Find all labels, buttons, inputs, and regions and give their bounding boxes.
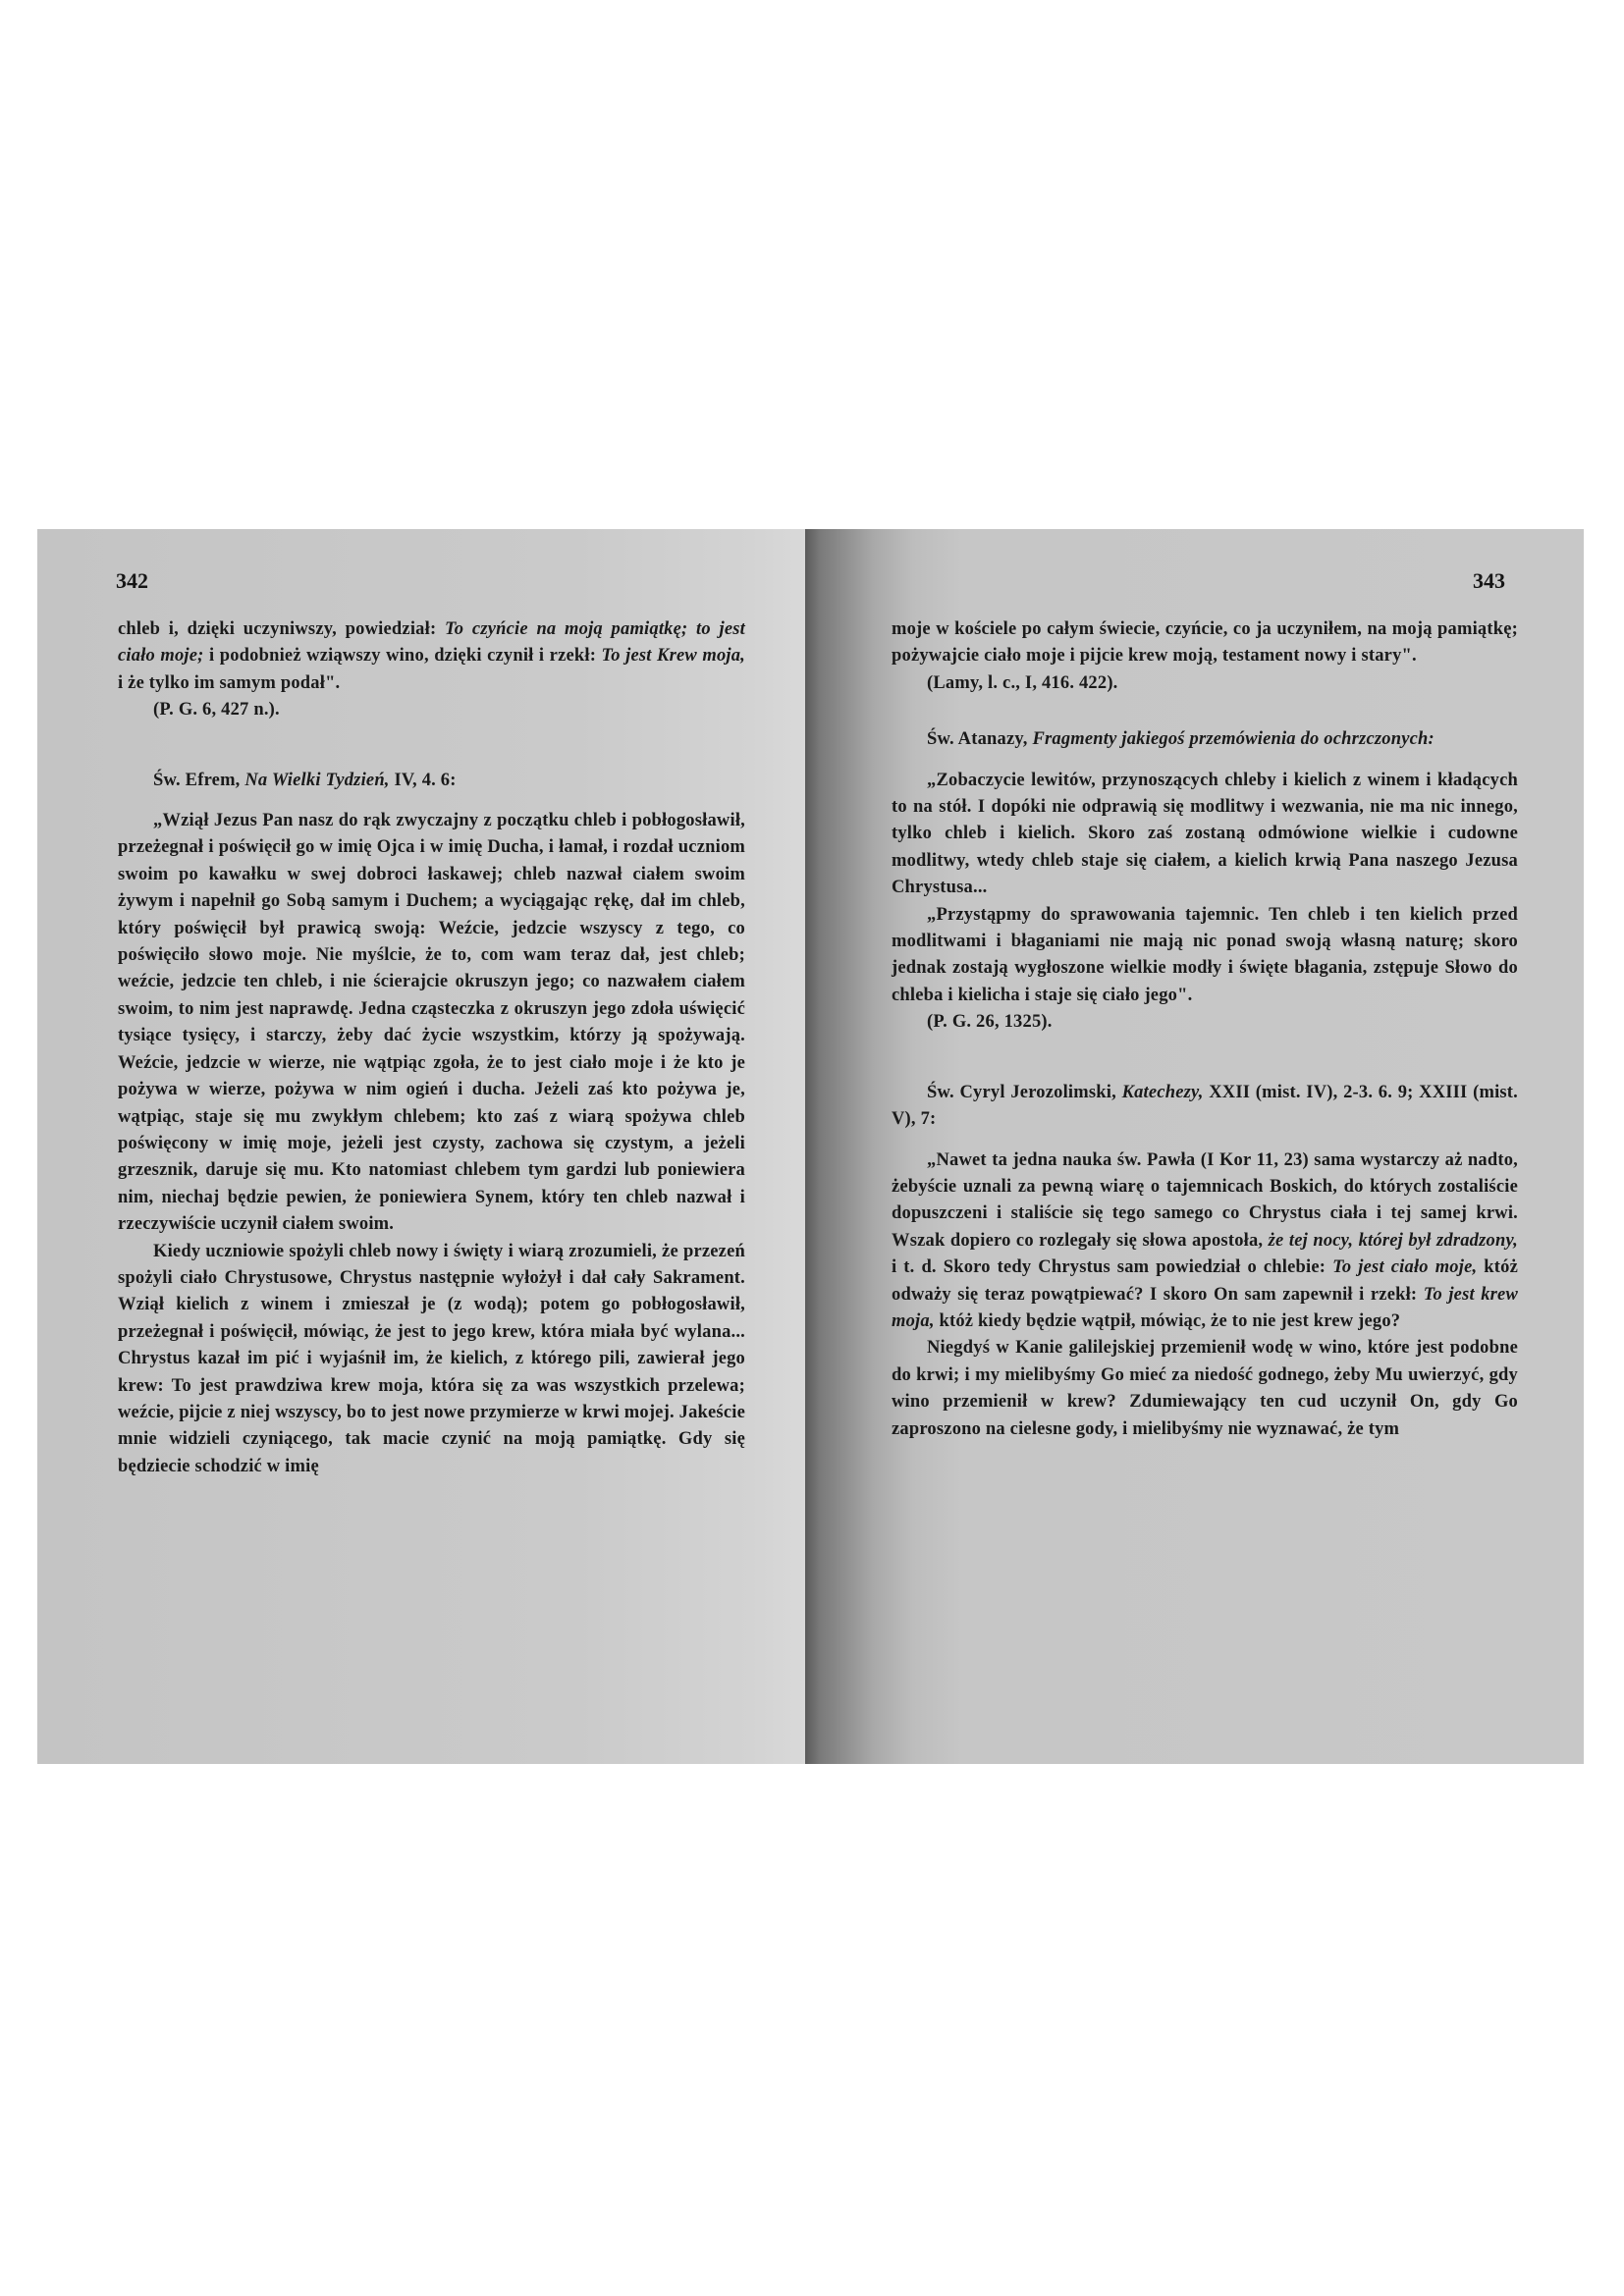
section-gap [118,794,745,808]
paragraph: (Lamy, l. c., I, 416. 422). [892,670,1518,697]
italic-text: Fragmenty jakiegoś przemówienia do ochrz… [1032,729,1434,749]
section-gap [118,724,745,768]
section-gap [892,754,1518,768]
text-run: (Lamy, l. c., I, 416. 422). [927,673,1118,693]
text-run: „Wziął Jezus Pan nasz do rąk zwyczajny z… [118,811,745,1234]
paragraph: „Nawet ta jedna nauka św. Pawła (I Kor 1… [892,1148,1518,1336]
section-gap [892,1037,1518,1080]
text-run: któż kiedy będzie wątpił, mówiąc, że to … [935,1311,1401,1331]
left-page-body: chleb i, dzięki uczyniwszy, powiedział: … [118,616,745,1480]
italic-text: To jest Krew moja, [602,646,746,666]
italic-text: Na Wielki Tydzień, [244,771,389,790]
text-run: (P. G. 26, 1325). [927,1012,1053,1032]
right-page-body: moje w kościele po całym świecie, czyńci… [892,616,1518,1443]
text-run: Św. Atanazy, [927,729,1032,749]
text-run: i podobnież wziąwszy wino, dzięki czynił… [204,646,602,666]
paragraph: (P. G. 26, 1325). [892,1009,1518,1036]
text-run: Św. Cyryl Jerozolimski, [927,1083,1122,1102]
text-run: „Zobaczycie lewitów, przynoszących chleb… [892,771,1518,898]
section-gap [892,697,1518,726]
book-scan: 342 chleb i, dzięki uczyniwszy, powiedzi… [37,529,1584,1764]
text-run: chleb i, dzięki uczyniwszy, powiedział: [118,619,445,639]
text-run: Niegdyś w Kanie galilejskiej przemienił … [892,1338,1518,1438]
paragraph: chleb i, dzięki uczyniwszy, powiedział: … [118,616,745,697]
paragraph: Kiedy uczniowie spożyli chleb nowy i świ… [118,1239,745,1481]
paragraph: „Przystąpmy do sprawowania tajemnic. Ten… [892,902,1518,1010]
text-run: i że tylko im samym podał". [118,673,340,693]
left-page: 342 chleb i, dzięki uczyniwszy, powiedzi… [37,529,805,1764]
italic-text: że tej nocy, której był zdradzony, [1269,1231,1518,1251]
text-run: moje w kościele po całym świecie, czyńci… [892,619,1518,666]
page-number-left: 342 [116,568,148,594]
paragraph: „Zobaczycie lewitów, przynoszących chleb… [892,768,1518,902]
italic-text: Katechezy, [1122,1083,1204,1102]
text-run: IV, 4. 6: [390,771,457,790]
text-run: i t. d. Skoro tedy Chrystus sam powiedzi… [892,1257,1332,1277]
paragraph: Św. Efrem, Na Wielki Tydzień, IV, 4. 6: [118,768,745,794]
italic-text: To jest ciało moje, [1332,1257,1477,1277]
text-run: Św. Efrem, [153,771,244,790]
paragraph: moje w kościele po całym świecie, czyńci… [892,616,1518,670]
paragraph: Św. Atanazy, Fragmenty jakiegoś przemówi… [892,726,1518,753]
page-number-right: 343 [1473,568,1505,594]
paragraph: Św. Cyryl Jerozolimski, Katechezy, XXII … [892,1080,1518,1134]
paragraph: Niegdyś w Kanie galilejskiej przemienił … [892,1335,1518,1443]
paragraph: „Wziął Jezus Pan nasz do rąk zwyczajny z… [118,808,745,1239]
text-run: Kiedy uczniowie spożyli chleb nowy i świ… [118,1242,745,1476]
text-run: (P. G. 6, 427 n.). [153,700,280,720]
text-run: „Przystąpmy do sprawowania tajemnic. Ten… [892,905,1518,1005]
section-gap [892,1134,1518,1148]
paragraph: (P. G. 6, 427 n.). [118,697,745,723]
